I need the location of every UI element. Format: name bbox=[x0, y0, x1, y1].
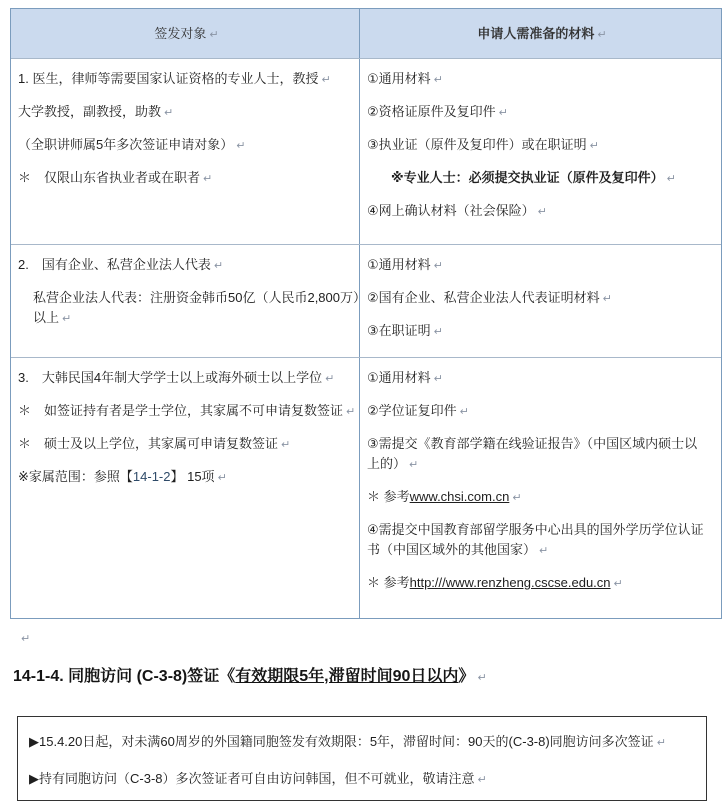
text-segment: 14-1-4. 同胞访问 (C-3-8)签证《 bbox=[13, 668, 235, 685]
text-line: ②国有企业、私营企业法人代表证明材料↵ bbox=[367, 288, 717, 308]
table-row-enterprise-representatives: 2. 国有企业、私营企业法人代表↵私营企业法人代表：注册资金韩币50亿（人民币2… bbox=[11, 244, 721, 357]
paragraph-mark-icon: ↵ bbox=[434, 260, 443, 272]
text-line: ＊ 参考http:///www.renzheng.cscse.edu.cn↵ bbox=[367, 573, 717, 593]
text-line: ③需提交《教育部学籍在线验证报告》（中国区域内硕士以 bbox=[367, 434, 717, 454]
text-segment: ※专业人士：必须提交执业证（原件及复印件） bbox=[391, 170, 664, 185]
paragraph-mark-icon: ↵ bbox=[434, 373, 443, 385]
paragraph-mark-icon: ↵ bbox=[590, 140, 599, 152]
text-segment: ②国有企业、私营企业法人代表证明材料 bbox=[367, 290, 600, 305]
text-line: ①通用材料↵ bbox=[367, 255, 717, 275]
paragraph-mark-icon: ↵ bbox=[218, 472, 227, 484]
text-line: ③执业证（原件及复印件）或在职证明↵ bbox=[367, 135, 717, 155]
text-line: ④需提交中国教育部留学服务中心出具的国外学历学位认证 bbox=[367, 520, 717, 540]
text-line: ②资格证原件及复印件↵ bbox=[367, 102, 717, 122]
text-segment: 签发对象 bbox=[154, 26, 206, 41]
paragraph-mark-icon: ↵ bbox=[478, 774, 487, 786]
text-segment: ②资格证原件及复印件 bbox=[367, 104, 496, 119]
text-line: ↵ bbox=[18, 628, 30, 648]
text-line: ＊ 参考www.chsi.com.cn↵ bbox=[367, 487, 717, 507]
header-cell-required-materials: 申请人需准备的材料↵ bbox=[360, 9, 721, 58]
text-line: ▶持有同胞访问（C-3-8）多次签证者可自由访问韩国，但不可就业，敬请注意↵ bbox=[29, 769, 698, 789]
text-line: ①通用材料↵ bbox=[367, 368, 717, 388]
text-line: 签发对象↵ bbox=[18, 24, 355, 44]
text-segment: 私营企业法人代表：注册资金韩币50亿（人民币2,800万） bbox=[33, 290, 360, 305]
paragraph-mark-icon: ↵ bbox=[164, 107, 173, 119]
paragraph-mark-icon: ↵ bbox=[325, 373, 334, 385]
text-segment: ④网上确认材料（社会保险） bbox=[367, 203, 535, 218]
paragraph-mark-icon: ↵ bbox=[203, 173, 212, 185]
table-row-degree-holders: 3. 大韩民国4年制大学学士以上或海外硕士以上学位↵＊ 如签证持有者是学士学位，… bbox=[11, 357, 721, 618]
paragraph-mark-icon: ↵ bbox=[477, 672, 486, 684]
text-segment: ①通用材料 bbox=[367, 257, 431, 272]
text-line: 大学教授，副教授，助教↵ bbox=[18, 102, 355, 122]
paragraph-mark-icon: ↵ bbox=[62, 313, 71, 325]
paragraph-mark-icon: ↵ bbox=[603, 293, 612, 305]
paragraph-mark-icon: ↵ bbox=[614, 578, 623, 590]
text-line: 1. 医生，律师等需要国家认证资格的专业人士，教授↵ bbox=[18, 69, 355, 89]
table-header-row: 签发对象↵ 申请人需准备的材料↵ bbox=[11, 9, 721, 58]
cell-professionals-materials: ①通用材料↵②资格证原件及复印件↵③执业证（原件及复印件）或在职证明↵※专业人士… bbox=[360, 59, 721, 244]
section-title-14-1-4: 14-1-4. 同胞访问 (C-3-8)签证《有效期限5年,滞留时间90日以内》… bbox=[13, 666, 487, 701]
text-line: 2. 国有企业、私营企业法人代表↵ bbox=[18, 255, 355, 275]
text-segment: ④需提交中国教育部留学服务中心出具的国外学历学位认证 bbox=[367, 522, 704, 537]
text-segment: （全职讲师属5年多次签证申请对象） bbox=[18, 137, 233, 152]
url-text: http:///www.renzheng.cscse.edu.cn bbox=[410, 575, 611, 590]
paragraph-mark-icon: ↵ bbox=[460, 406, 469, 418]
paragraph-mark-icon: ↵ bbox=[214, 260, 223, 272]
table-row-professionals: 1. 医生，律师等需要国家认证资格的专业人士，教授↵大学教授，副教授，助教↵（全… bbox=[11, 58, 721, 244]
paragraph-mark-icon: ↵ bbox=[321, 74, 330, 86]
paragraph-mark-icon: ↵ bbox=[539, 545, 548, 557]
text-segment: 3. 大韩民国4年制大学学士以上或海外硕士以上学位 bbox=[18, 370, 322, 385]
url-text: www.chsi.com.cn bbox=[410, 489, 510, 504]
text-line: ＊ 硕士及以上学位，其家属可申请复数签证↵ bbox=[18, 434, 355, 454]
text-line: 申请人需准备的材料↵ bbox=[367, 24, 717, 44]
empty-paragraph: ↵ bbox=[18, 628, 30, 661]
text-segment: 以上 bbox=[33, 310, 59, 325]
text-segment: 2. 国有企业、私营企业法人代表 bbox=[18, 257, 211, 272]
text-line: ①通用材料↵ bbox=[367, 69, 717, 89]
paragraph-mark-icon: ↵ bbox=[597, 29, 606, 41]
text-segment: ＊ 如签证持有者是学士学位，其家属不可申请复数签证 bbox=[18, 403, 343, 418]
text-segment: ①通用材料 bbox=[367, 71, 431, 86]
text-segment: 大学教授，副教授，助教 bbox=[18, 104, 161, 119]
text-segment: 》 bbox=[458, 668, 474, 685]
text-line: ④网上确认材料（社会保险）↵ bbox=[367, 201, 717, 221]
text-segment: 14-1-2 bbox=[133, 469, 171, 484]
text-segment: ▶持有同胞访问（C-3-8）多次签证者可自由访问韩国，但不可就业，敬请注意 bbox=[29, 771, 475, 786]
text-line: （全职讲师属5年多次签证申请对象）↵ bbox=[18, 135, 355, 155]
text-line: ※家属范围：参照【14-1-2】 15项↵ bbox=[18, 467, 355, 487]
paragraph-mark-icon: ↵ bbox=[434, 326, 443, 338]
paragraph-mark-icon: ↵ bbox=[657, 737, 666, 749]
text-segment: ＊ 仅限山东省执业者或在职者 bbox=[18, 170, 200, 185]
text-segment: ＊ 硕士及以上学位，其家属可申请复数签证 bbox=[18, 436, 278, 451]
cell-enterprise-target: 2. 国有企业、私营企业法人代表↵私营企业法人代表：注册资金韩币50亿（人民币2… bbox=[11, 245, 360, 357]
text-segment: ＊ 参考 bbox=[367, 489, 410, 504]
cell-enterprise-materials: ①通用材料↵②国有企业、私营企业法人代表证明材料↵③在职证明↵ bbox=[360, 245, 721, 357]
cell-professionals-target: 1. 医生，律师等需要国家认证资格的专业人士，教授↵大学教授，副教授，助教↵（全… bbox=[11, 59, 360, 244]
text-line: ＊ 如签证持有者是学士学位，其家属不可申请复数签证↵ bbox=[18, 401, 355, 421]
text-segment: ③执业证（原件及复印件）或在职证明 bbox=[367, 137, 587, 152]
text-line: ▶15.4.20日起，对未满60周岁的外国籍同胞签发有效期限：5年，滞留时间：9… bbox=[29, 732, 698, 752]
text-segment: ※家属范围：参照【 bbox=[18, 469, 133, 484]
text-line: 3. 大韩民国4年制大学学士以上或海外硕士以上学位↵ bbox=[18, 368, 355, 388]
text-line: ＊ 仅限山东省执业者或在职者↵ bbox=[18, 168, 355, 188]
text-line: 私营企业法人代表：注册资金韩币50亿（人民币2,800万） bbox=[18, 288, 355, 308]
text-segment: ③需提交《教育部学籍在线验证报告》（中国区域内硕士以 bbox=[367, 436, 697, 451]
text-segment: 有效期限5年,滞留时间90日以内 bbox=[235, 668, 458, 685]
cell-degree-materials: ①通用材料↵②学位证复印件↵③需提交《教育部学籍在线验证报告》（中国区域内硕士以… bbox=[360, 358, 721, 618]
paragraph-mark-icon: ↵ bbox=[236, 140, 245, 152]
text-segment: ②学位证复印件 bbox=[367, 403, 457, 418]
text-line: 书（中国区域外的其他国家）↵ bbox=[367, 540, 717, 560]
visa-materials-table: 签发对象↵ 申请人需准备的材料↵ 1. 医生，律师等需要国家认证资格的专业人士，… bbox=[10, 8, 722, 619]
text-segment: ③在职证明 bbox=[367, 323, 431, 338]
text-segment: 申请人需准备的材料 bbox=[477, 26, 594, 41]
text-line: 14-1-4. 同胞访问 (C-3-8)签证《有效期限5年,滞留时间90日以内》… bbox=[13, 666, 487, 688]
paragraph-mark-icon: ↵ bbox=[409, 459, 418, 471]
text-segment: ＊ 参考 bbox=[367, 575, 410, 590]
paragraph-mark-icon: ↵ bbox=[346, 406, 355, 418]
cell-degree-target: 3. 大韩民国4年制大学学士以上或海外硕士以上学位↵＊ 如签证持有者是学士学位，… bbox=[11, 358, 360, 618]
header-cell-issuance-target: 签发对象↵ bbox=[11, 9, 360, 58]
notice-box: ▶15.4.20日起，对未满60周岁的外国籍同胞签发有效期限：5年，滞留时间：9… bbox=[17, 716, 707, 801]
paragraph-mark-icon: ↵ bbox=[21, 633, 30, 645]
paragraph-mark-icon: ↵ bbox=[512, 492, 521, 504]
text-segment: ①通用材料 bbox=[367, 370, 431, 385]
paragraph-mark-icon: ↵ bbox=[499, 107, 508, 119]
text-segment: 上的） bbox=[367, 456, 406, 471]
text-segment: 1. 医生，律师等需要国家认证资格的专业人士，教授 bbox=[18, 71, 318, 86]
paragraph-mark-icon: ↵ bbox=[209, 29, 218, 41]
text-line: 上的）↵ bbox=[367, 454, 717, 474]
text-line: ③在职证明↵ bbox=[367, 321, 717, 341]
paragraph-mark-icon: ↵ bbox=[434, 74, 443, 86]
paragraph-mark-icon: ↵ bbox=[281, 439, 290, 451]
text-line: ※专业人士：必须提交执业证（原件及复印件）↵ bbox=[367, 168, 717, 188]
text-line: ②学位证复印件↵ bbox=[367, 401, 717, 421]
text-segment: ▶15.4.20日起，对未满60周岁的外国籍同胞签发有效期限：5年，滞留时间：9… bbox=[29, 734, 654, 749]
text-line: 以上↵ bbox=[18, 308, 355, 328]
text-segment: 】 15项 bbox=[170, 469, 214, 484]
paragraph-mark-icon: ↵ bbox=[667, 173, 676, 185]
paragraph-mark-icon: ↵ bbox=[538, 206, 547, 218]
text-segment: 书（中国区域外的其他国家） bbox=[367, 542, 536, 557]
